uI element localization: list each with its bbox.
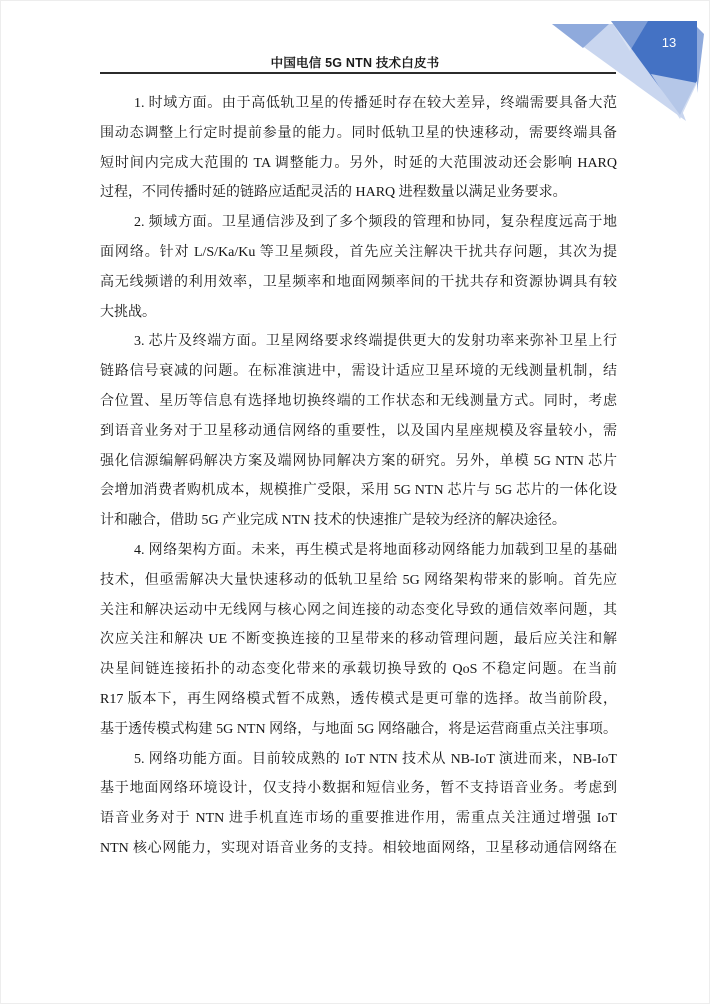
text-line: 基于透传模式构建 5G NTN 网络，与地面 5G 网络融合，将是运营商重点关注… (100, 715, 617, 745)
header-rule (100, 72, 616, 74)
paragraph: 5. 网络功能方面。目前较成熟的 IoT NTN 技术从 NB-IoT 演进而来… (100, 745, 617, 864)
text-line: 计和融合，借助 5G 产业完成 NTN 技术的快速推广是较为经济的解决途径。 (100, 506, 617, 536)
text-line: 3. 芯片及终端方面。卫星网络要求终端提供更大的发射功率来弥补卫星上行 (100, 327, 617, 357)
paragraph: 3. 芯片及终端方面。卫星网络要求终端提供更大的发射功率来弥补卫星上行链路信号衰… (100, 327, 617, 536)
text-line: 5. 网络功能方面。目前较成熟的 IoT NTN 技术从 NB-IoT 演进而来… (100, 745, 617, 775)
document-page: 13 中国电信 5G NTN 技术白皮书 1. 时域方面。由于高低轨卫星的传播延… (0, 0, 710, 1004)
text-line: R17 版本下，再生网络模式暂不成熟，透传模式是更可靠的选择。故当前阶段， (100, 685, 617, 715)
paragraph: 1. 时域方面。由于高低轨卫星的传播延时存在较大差异，终端需要具备大范围动态调整… (100, 89, 617, 208)
text-line: 强化信源编解码解决方案及端网协同解决方案的研究。另外，单模 5G NTN 芯片 (100, 447, 617, 477)
text-line: 面网络。针对 L/S/Ka/Ku 等卫星频段，首先应关注解决干扰共存问题，其次为… (100, 238, 617, 268)
text-line: 合位置、星历等信息有选择地切换终端的工作状态和无线测量方式。同时，考虑 (100, 387, 617, 417)
text-line: 1. 时域方面。由于高低轨卫星的传播延时存在较大差异，终端需要具备大范 (100, 89, 617, 119)
text-line: 次应关注和解决 UE 不断变换连接的卫星带来的移动管理问题，最后应关注和解 (100, 625, 617, 655)
paragraph: 2. 频域方面。卫星通信涉及到了多个频段的管理和协同，复杂程度远高于地面网络。针… (100, 208, 617, 327)
text-line: 会增加消费者购机成本，规模推广受限，采用 5G NTN 芯片与 5G 芯片的一体… (100, 476, 617, 506)
text-line: 技术，但亟需解决大量快速移动的低轨卫星给 5G 网络架构带来的影响。首先应 (100, 566, 617, 596)
text-line: 语音业务对于 NTN 进手机直连市场的重要推进作用，需重点关注通过增强 IoT (100, 804, 617, 834)
page-number: 13 (662, 35, 676, 50)
text-line: 围动态调整上行定时提前参量的能力。同时低轨卫星的快速移动，需要终端具备 (100, 119, 617, 149)
text-line: 过程，不同传播时延的链路应适配灵活的 HARQ 进程数量以满足业务要求。 (100, 178, 617, 208)
paragraph: 4. 网络架构方面。未来，再生模式是将地面移动网络能力加载到卫星的基础技术，但亟… (100, 536, 617, 745)
text-line: 4. 网络架构方面。未来，再生模式是将地面移动网络能力加载到卫星的基础 (100, 536, 617, 566)
text-line: 决星间链连接拓扑的动态变化带来的承载切换导致的 QoS 不稳定问题。在当前 (100, 655, 617, 685)
text-line: 链路信号衰减的问题。在标准演进中，需设计适应卫星环境的无线测量机制，结 (100, 357, 617, 387)
page-header-title: 中国电信 5G NTN 技术白皮书 (1, 53, 709, 71)
body-text: 1. 时域方面。由于高低轨卫星的传播延时存在较大差异，终端需要具备大范围动态调整… (100, 89, 617, 864)
text-line: 2. 频域方面。卫星通信涉及到了多个频段的管理和协同，复杂程度远高于地 (100, 208, 617, 238)
text-line: 短时间内完成大范围的 TA 调整能力。另外，时延的大范围波动还会影响 HARQ (100, 149, 617, 179)
text-line: 大挑战。 (100, 298, 617, 328)
text-line: 基于地面网络环境设计，仅支持小数据和短信业务，暂不支持语音业务。考虑到 (100, 774, 617, 804)
text-line: 到语音业务对于卫星移动通信网络的重要性，以及国内星座规模及容量较小，需 (100, 417, 617, 447)
text-line: 关注和解决运动中无线网与核心网之间连接的动态变化导致的通信效率问题，其 (100, 596, 617, 626)
text-line: NTN 核心网能力，实现对语音业务的支持。相较地面网络，卫星移动通信网络在 (100, 834, 617, 864)
text-line: 高无线频谱的利用效率，卫星频率和地面网频率间的干扰共存和资源协调具有较 (100, 268, 617, 298)
